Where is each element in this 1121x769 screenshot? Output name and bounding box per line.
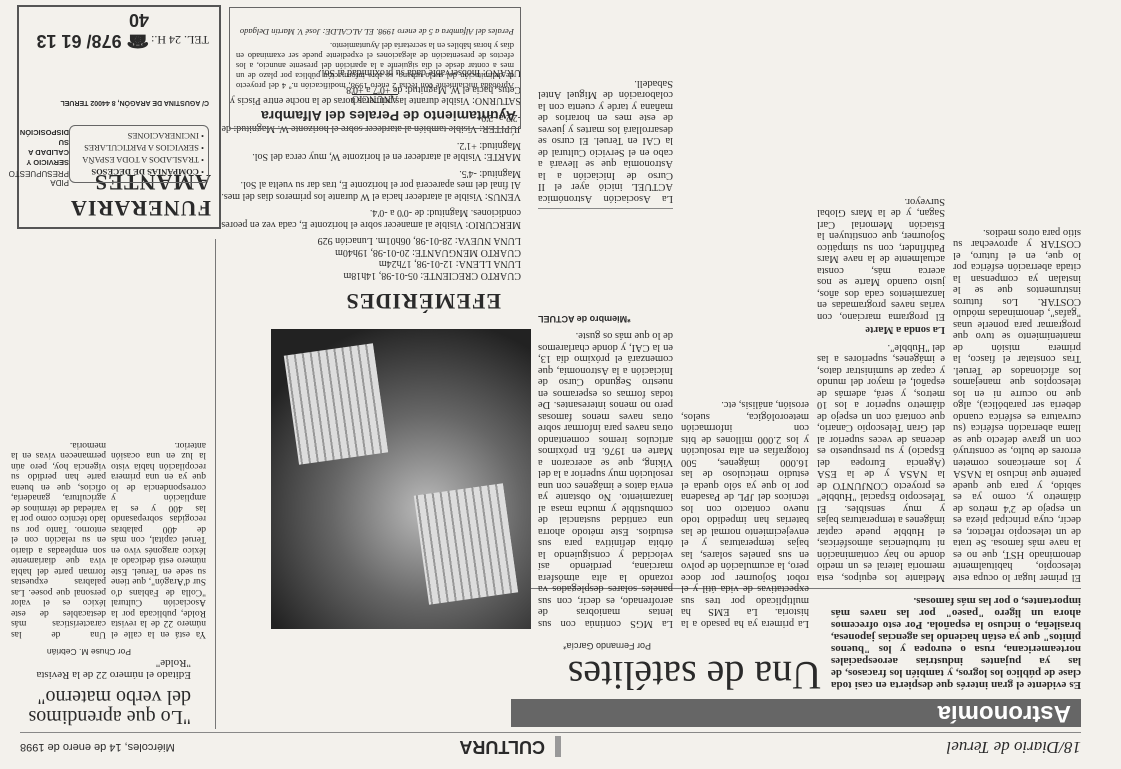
phone-number: ☎ 978/ 61 13 40 — [19, 9, 149, 51]
notice-title: Ayuntamiento de Perales del Alfambra — [230, 104, 520, 128]
efemeride-item: VENUS: Visible al atardecer hacia el W d… — [221, 168, 521, 203]
notice-signature: Perales del Alfambra a 5 de enero 1998. … — [230, 25, 520, 39]
article-column-4: La MGS continúa con sus lentas maniobras… — [538, 311, 673, 630]
column-divider — [215, 239, 216, 729]
page-label: 18/Diario de Teruel — [947, 737, 1081, 757]
lexico-column-1: Ya está en la calle el número 22 de la r… — [111, 440, 206, 640]
date-label: Miércoles, 14 de enero de 1998 — [20, 741, 175, 753]
municipal-notice: Ayuntamiento de Perales del Alfambra ANU… — [229, 7, 521, 129]
mars-text: El programa marciano, con varias naves p… — [817, 196, 945, 322]
funeral-ad: FUNERARIA AMANTES • COMPAÑÍAS DE DECESOS… — [17, 5, 221, 229]
lexico-title: "Lo que aprendimos del verbo materno" — [21, 687, 191, 727]
efemeride-item: MARTE: Visible al atardecer en el horizo… — [221, 140, 521, 163]
moon-phase: LUNA NUEVA: 28-01-98, 06h01m. Lunación 9… — [318, 236, 521, 247]
member-note: *Miembro de ACTUEL — [538, 313, 673, 325]
service-item: • COMPAÑÍAS DE DECESOS — [74, 166, 204, 178]
article-column-3: La primera ya ha pasado a la historia. L… — [681, 399, 809, 629]
column-2-text: Mediante los equipos, esta memoria later… — [817, 342, 945, 583]
section-label: CULTURA — [459, 736, 561, 757]
article-column-1: El primer lugar lo ocupa este telescopio… — [953, 227, 1081, 584]
service-item: • SERVICIOS A PARTICULARES — [74, 142, 204, 154]
notice-body: Aprobada inicialmente con fecha 2 enero … — [230, 39, 520, 93]
lexico-column-2: Una de las características más destacabl… — [11, 440, 106, 640]
funeral-tagline: SERVICIO Y CALIDAD A SU DISPOSICIÓN — [21, 127, 69, 167]
notice-label: ANUNCIO — [230, 93, 520, 104]
solar-panel-image — [284, 343, 388, 464]
article-byline: Por Fernando García* — [563, 641, 651, 651]
service-item: • INCINERACIONES — [74, 130, 204, 142]
lexico-subtitle: Editado el número 22 de la Revista "Rold… — [21, 657, 191, 681]
quote-label: PIDA PRESUPUESTO — [21, 169, 69, 187]
subhead-mars: La sonda a Marte — [817, 324, 945, 336]
funeral-services: • COMPAÑÍAS DE DECESOS • TRASLADOS A TOD… — [69, 125, 209, 183]
phone-icon: ☎ — [122, 31, 149, 51]
tel-label: TEL. 24 H.: — [151, 32, 209, 47]
article-intro: Es evidente el gran interés que despiert… — [831, 595, 1081, 691]
satellite-photo — [271, 329, 531, 629]
actuel-note: La Asociación Astronómica ACTUEL inició … — [538, 78, 673, 210]
funeral-address: C/ AGUSTINA DE ARAGÓN, 8 44002 TERUEL — [60, 98, 209, 107]
lexico-byline: Por Chuse M. Cebrián — [47, 647, 131, 657]
newspaper-page: 18/Diario de Teruel CULTURA Miércoles, 1… — [0, 0, 1121, 769]
astronomy-section-bar: Astronomía — [511, 699, 1081, 727]
article-column-2: Mediante los equipos, esta memoria later… — [817, 196, 945, 584]
efemerides-title: EFEMÉRIDES — [346, 288, 501, 314]
solar-panel-image — [414, 483, 518, 604]
moon-phases: CUARTO CRECIENTE: 05-01-98, 14h18m LUNA … — [221, 235, 521, 281]
article-title: Una de satélites — [568, 652, 821, 699]
moon-phase: CUARTO CRECIENTE: 05-01-98, 14h18m — [343, 270, 521, 281]
moon-phase: CUARTO MENGUANTE: 20-01-98, 19h40m — [335, 247, 521, 258]
moon-phase: LUNA LLENA: 12-01-98, 17h24m — [379, 259, 521, 270]
service-item: • TRASLADOS A TODA ESPAÑA — [74, 154, 204, 166]
page-header: 18/Diario de Teruel CULTURA Miércoles, 1… — [20, 732, 1081, 759]
efemeride-item: MERCURIO: Visible al amanecer sobre el h… — [221, 207, 521, 230]
column-4-text: La MGS continúa con sus lentas maniobras… — [538, 331, 673, 630]
